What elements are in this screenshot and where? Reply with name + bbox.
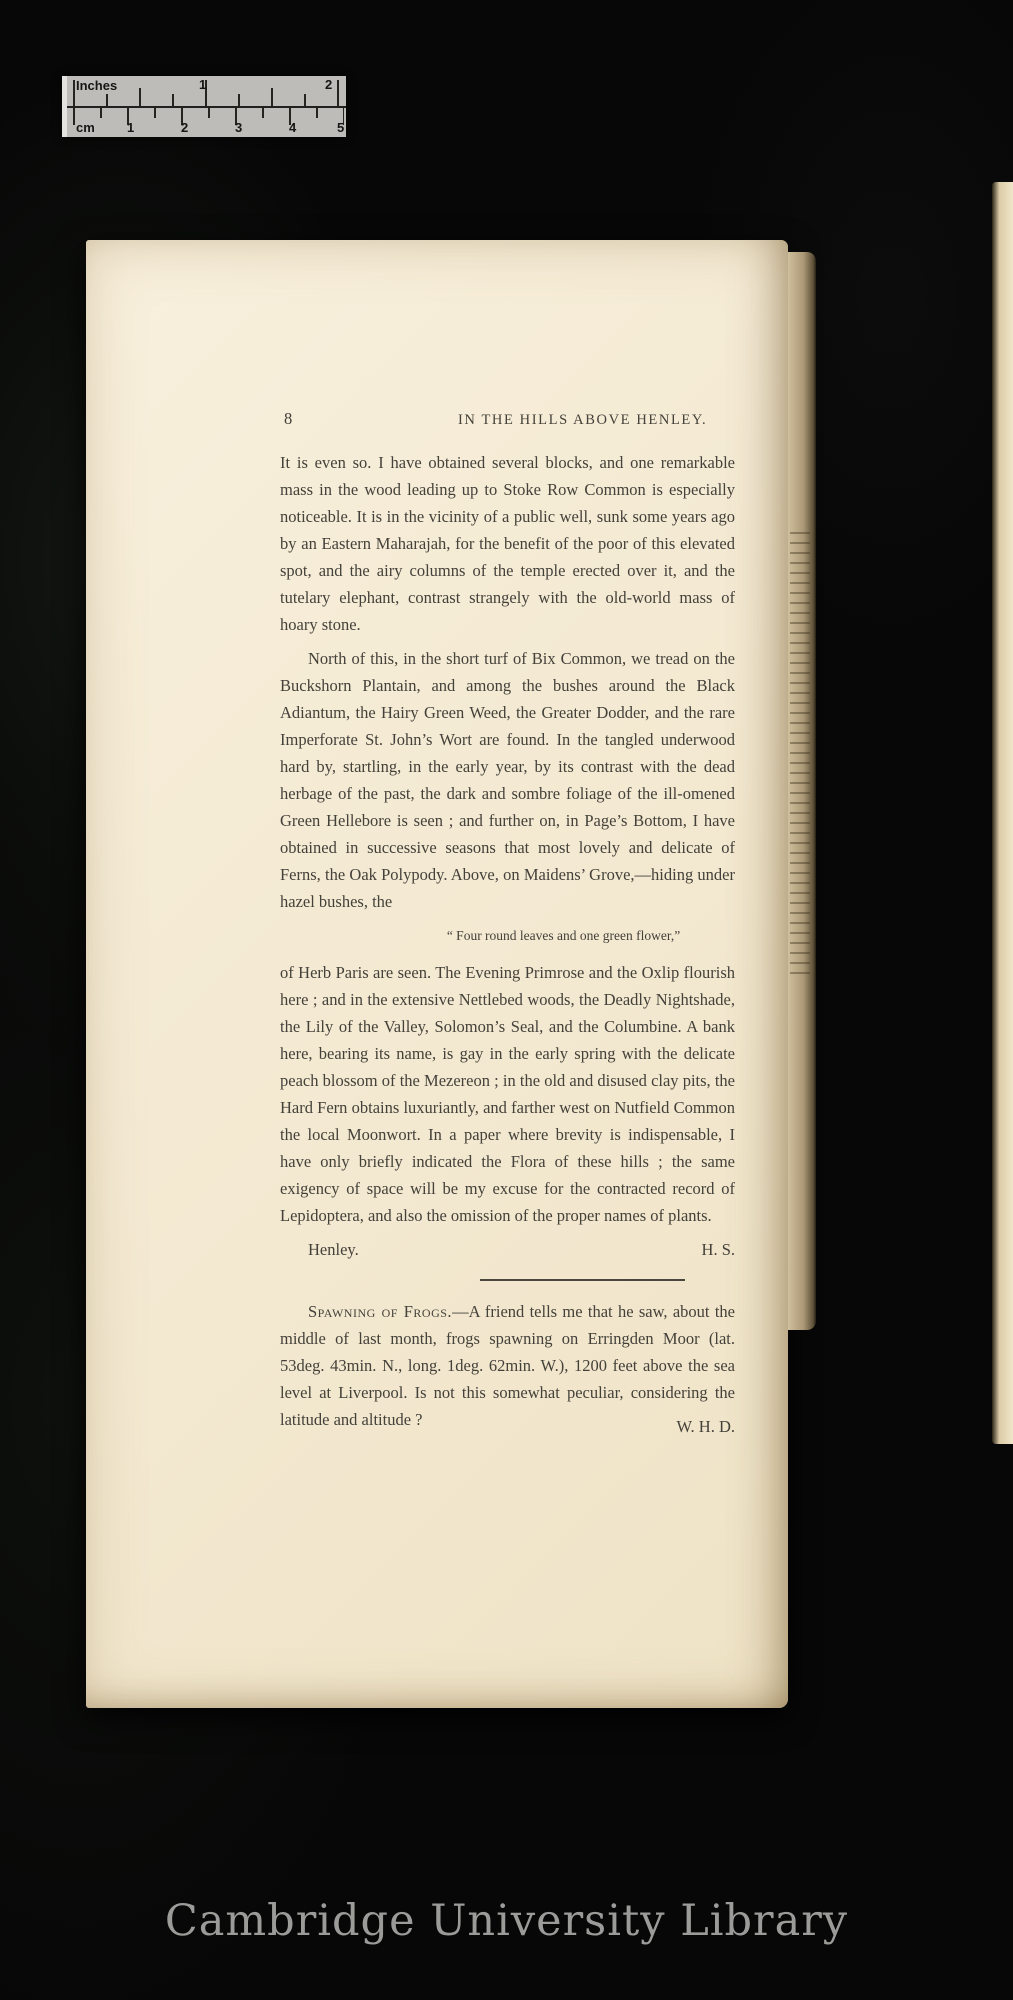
note-lead: Spawning of Frogs. [308,1302,452,1321]
verse-quote: “ Four round leaves and one green flower… [280,922,735,949]
signature-place: Henley. [308,1236,359,1263]
scan-background: Inches 1 2 cm 1 2 3 4 5 8 IN THE HILLS A… [0,0,1013,2000]
ruler-inches-label: Inches [76,79,117,92]
ruler-inch-1-label: 1 [199,78,206,91]
page-text-column: 8 IN THE HILLS ABOVE HENLEY. It is even … [280,405,735,1440]
signature-row: Henley. H. S. [280,1236,735,1263]
page-header: 8 IN THE HILLS ABOVE HENLEY. [280,405,735,435]
ruler-cm-2-label: 2 [181,121,188,134]
library-watermark: Cambridge University Library [0,1896,1013,1946]
adjacent-page-edge [992,182,1013,1444]
ruler-cm-4-label: 4 [289,121,296,134]
section-divider-rule [480,1279,685,1281]
book-fore-edge [788,252,816,1330]
fore-edge-streaks [790,532,810,982]
paragraph-3: of Herb Paris are seen. The Evening Prim… [280,959,735,1229]
signature-initials: H. S. [702,1236,735,1263]
ruler-cm-3-label: 3 [235,121,242,134]
paragraph-1: It is even so. I have obtained several b… [280,449,735,638]
paragraph-2: North of this, in the short turf of Bix … [280,645,735,915]
ruler-cm-1-label: 1 [127,121,134,134]
note-body: —A friend tells me that he saw, about th… [280,1302,735,1429]
page-number: 8 [284,405,292,432]
ruler-cm-label: cm [76,121,95,134]
ruler-cm-5-label: 5 [337,121,344,134]
ruler-inch-2-label: 2 [325,78,332,91]
running-title: IN THE HILLS ABOVE HENLEY. [458,407,707,434]
book-page: 8 IN THE HILLS ABOVE HENLEY. It is even … [86,240,788,1708]
cm-ticks [73,108,344,125]
measuring-ruler: Inches 1 2 cm 1 2 3 4 5 [62,76,346,137]
